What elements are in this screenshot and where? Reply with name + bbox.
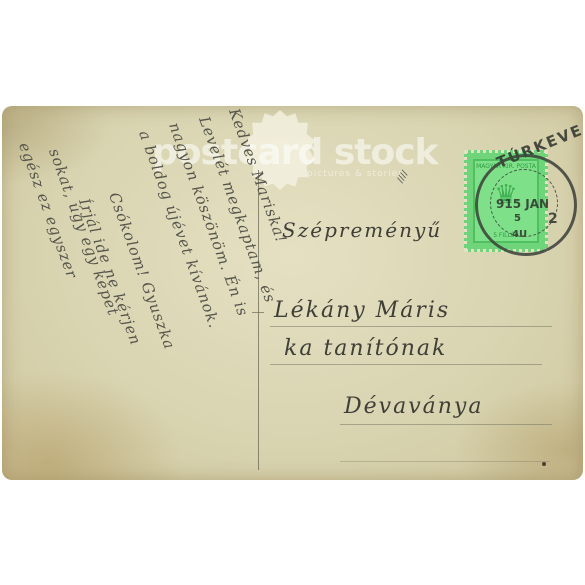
address-underline <box>270 326 552 327</box>
address-town: Dévaványa <box>344 394 483 419</box>
postcard-back: postcard stock pictures & stories Kedves… <box>2 106 583 480</box>
address-name: Lékány Máris <box>274 298 450 323</box>
divider-tick <box>252 312 264 313</box>
address-underline <box>340 424 552 425</box>
center-divider-line <box>258 170 259 470</box>
address-salutation: Szépreményű <box>282 218 442 242</box>
address-underline <box>270 364 542 365</box>
postmark-city: TÚRKEVE <box>494 121 583 172</box>
postmark-number: 2 <box>548 211 558 227</box>
ink-speck <box>542 462 546 466</box>
postmark-bottom: 4U <box>512 229 527 240</box>
postmark-line2: 5 <box>514 213 521 224</box>
watermark-tagline: pictures & stories <box>307 169 404 179</box>
address-title: ka tanítónak <box>284 336 447 361</box>
postmark-cancellation: TÚRKEVE 915 JAN 5 2 4U <box>475 154 577 256</box>
postmark-date: 915 JAN <box>496 197 549 211</box>
address-underline-empty <box>340 461 550 462</box>
